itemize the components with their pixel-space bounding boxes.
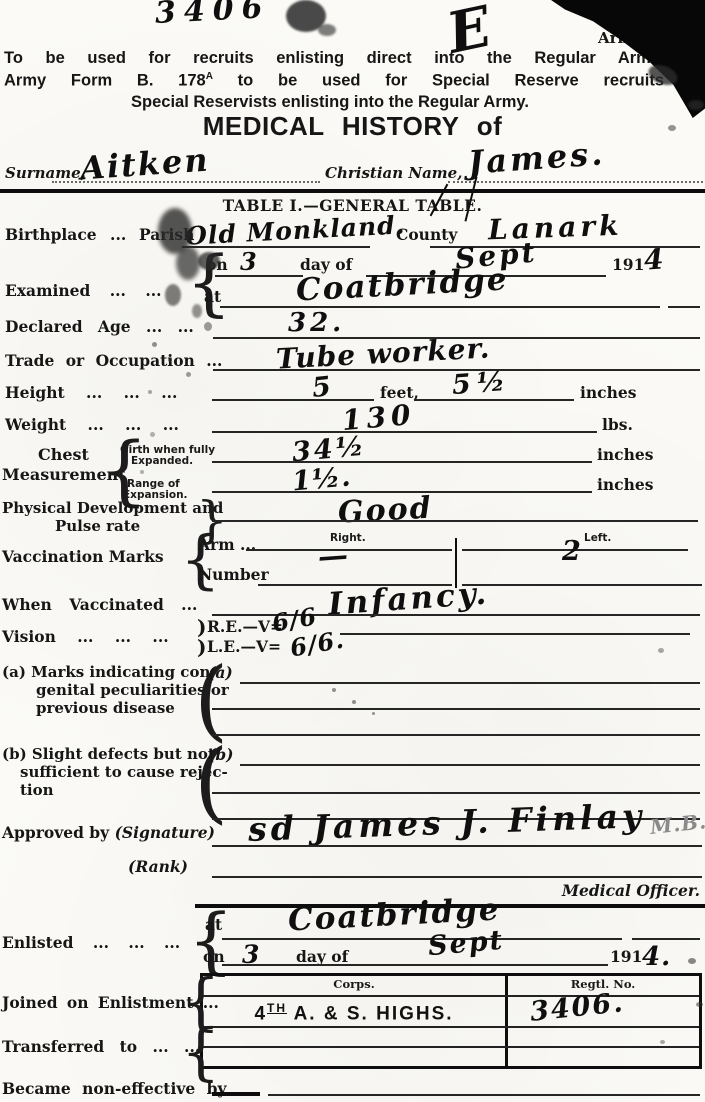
trade-value: Tube worker. <box>275 334 491 373</box>
ink-speck <box>660 1040 665 1044</box>
rank-underline <box>212 876 702 878</box>
approved-underline <box>212 845 702 847</box>
transferred-to-label: Transferred to ... ... <box>2 1038 200 1056</box>
examined-day-underline <box>215 275 303 277</box>
enlisted-place-underline <box>222 938 622 940</box>
number-label: Number <box>198 566 269 584</box>
girth-inches-label: inches <box>597 446 653 464</box>
vaccination-marks-label: Vaccination Marks <box>2 548 164 566</box>
ink-smudge <box>198 252 220 270</box>
vaccination-left-value: 2 <box>562 538 582 565</box>
approved-signature-suffix: M.B. <box>649 811 705 837</box>
section-divider-rule <box>0 189 705 193</box>
intro-line-2-pre: Army Form B. 178 <box>4 72 206 90</box>
enlisted-year-prefix: 191 <box>610 948 642 966</box>
section-a-marker: (a) <box>208 664 233 682</box>
christian-name-underline <box>448 181 703 183</box>
intro-line-2-post: to be used for Special Reserve recruits <box>213 72 664 90</box>
examined-place-underline <box>220 306 660 308</box>
ink-speck <box>152 342 157 347</box>
section-a-label-line3: previous disease <box>36 700 175 717</box>
corps-table-row-line-1 <box>203 1026 699 1028</box>
section-b-underline-1 <box>240 764 700 766</box>
ink-speck <box>168 358 172 362</box>
examined-at-label: at <box>204 288 221 306</box>
trade-label: Trade or Occupation ... <box>5 352 222 370</box>
corps-stamp-rest: A. & S. HIGHS. <box>287 1003 454 1024</box>
declared-age-label: Declared Age ... ... <box>5 318 194 336</box>
surname-label: Surname, <box>5 165 86 182</box>
vaccination-right-value: — <box>317 541 350 573</box>
section-b-underline-2 <box>212 792 700 794</box>
girth-label-line2: Expanded. <box>131 455 193 467</box>
corps-column-header: Corps. <box>203 977 505 991</box>
rank-label: (Rank) <box>128 858 188 876</box>
section-a-underline-1 <box>240 682 700 684</box>
ink-speck <box>658 648 664 653</box>
corps-stamp-num: 4 <box>254 1003 267 1024</box>
ink-smudge <box>176 246 200 280</box>
corps-table-row-line-2 <box>203 1046 699 1048</box>
county-label: County <box>396 226 457 244</box>
birthplace-label: Birthplace ... <box>5 226 126 244</box>
examined-place-underline-2 <box>668 306 700 308</box>
declared-age-value: 32. <box>288 310 345 336</box>
enlisted-year-value: 4. <box>642 944 671 970</box>
corps-stamp-ordinal: TH <box>267 1001 287 1015</box>
surname-value: Aitken <box>79 144 210 185</box>
approved-by-label: Approved by (Signature) <box>2 824 215 842</box>
ink-speck <box>148 390 152 394</box>
physical-label-line2: Pulse rate <box>55 518 140 535</box>
height-inches-label: inches <box>580 384 636 402</box>
left-column-header: Left. <box>584 532 611 544</box>
ink-speck <box>668 125 676 131</box>
section-b-label-line1: (b) Slight defects but not <box>2 746 215 763</box>
ink-speck <box>186 372 191 377</box>
arm-right-underline <box>246 549 452 551</box>
vision-le-value: 6/6. <box>288 627 346 660</box>
vision-underline <box>340 633 690 635</box>
approved-by-italic: (Signature) <box>115 823 215 842</box>
examined-day-value: 3 <box>240 250 258 274</box>
corps-table-header-line <box>203 995 699 997</box>
physical-label-line1: Physical Development and <box>2 500 223 517</box>
surname-underline <box>52 181 320 183</box>
non-effective-dash <box>212 1092 260 1096</box>
ink-speck <box>372 712 375 715</box>
form-number-superscript: A <box>206 71 213 82</box>
lbs-label: lbs. <box>602 416 633 434</box>
when-vaccinated-label: When Vaccinated ... <box>2 596 197 614</box>
corps-stamp-value: 4TH A. & S. HIGHS. <box>203 1001 505 1025</box>
ink-speck <box>140 470 144 474</box>
height-feet-value: 5 <box>311 373 334 402</box>
arm-label: Arm ... <box>198 536 256 554</box>
expansion-inches-label: inches <box>597 476 653 494</box>
ink-speck <box>352 700 356 704</box>
scanned-medical-form: 3406 E Army To be used for recruits enli… <box>0 0 705 1102</box>
ink-speck <box>696 1002 703 1007</box>
ink-smudge <box>318 24 336 36</box>
height-inches-underline <box>414 399 574 401</box>
section-a-underline-3 <box>212 734 700 736</box>
section-a-underline-2 <box>212 708 700 710</box>
transferred-brace: { <box>181 1024 220 1080</box>
medical-officer-label: Medical Officer. <box>545 882 700 900</box>
examined-place-value: Coatbridge <box>295 264 509 306</box>
approved-by-roman: Approved by <box>2 823 115 842</box>
vision-label: Vision ... ... ... <box>2 628 169 646</box>
examined-year-value: 4 <box>643 245 665 274</box>
intro-line-2: Army Form B. 178A to be used for Special… <box>4 71 664 90</box>
ink-smudge <box>165 284 181 306</box>
christian-name-value: James. <box>467 137 606 178</box>
enlisted-month-value: Sept <box>427 927 505 961</box>
intro-line-3: Special Reservists enlisting into the Re… <box>40 93 620 112</box>
christian-name-label: Christian Name, <box>325 165 462 182</box>
weight-value: 130 <box>341 401 417 435</box>
enlisted-at-label: at <box>205 916 222 934</box>
ink-smudge <box>688 100 704 110</box>
physical-value: Good <box>337 494 433 529</box>
section-a-label-line1: (a) Marks indicating con- <box>2 664 217 681</box>
non-effective-label: Became non-effective by <box>2 1080 226 1098</box>
enlisted-label: Enlisted ... ... ... <box>2 934 180 952</box>
enlisted-place-underline-2 <box>632 938 700 940</box>
girth-underline <box>212 461 592 463</box>
section-b-marker: (b) <box>208 746 234 764</box>
section-b-label-line3: tion <box>20 782 54 799</box>
height-feet-underline <box>212 399 374 401</box>
intro-line-1: To be used for recruits enlisting direct… <box>4 49 660 68</box>
serial-number-handwritten: 3406 <box>154 0 271 29</box>
height-inches-value: 5½ <box>451 368 512 399</box>
ink-speck <box>150 432 155 437</box>
approved-signature-value: sd James J. Finlay <box>248 799 646 846</box>
enlisted-date-underline <box>222 964 608 966</box>
examined-year-prefix: 191 <box>612 256 644 274</box>
examined-label: Examined ... ... <box>5 282 162 300</box>
ink-speck <box>332 688 336 692</box>
ink-speck <box>688 958 696 964</box>
physical-underline <box>212 520 698 522</box>
ink-speck <box>204 322 212 331</box>
weight-underline <box>212 431 597 433</box>
chest-label-line1: Chest <box>38 446 89 464</box>
number-left-underline <box>462 584 702 586</box>
ink-smudge <box>192 304 202 318</box>
non-effective-underline <box>268 1094 700 1096</box>
